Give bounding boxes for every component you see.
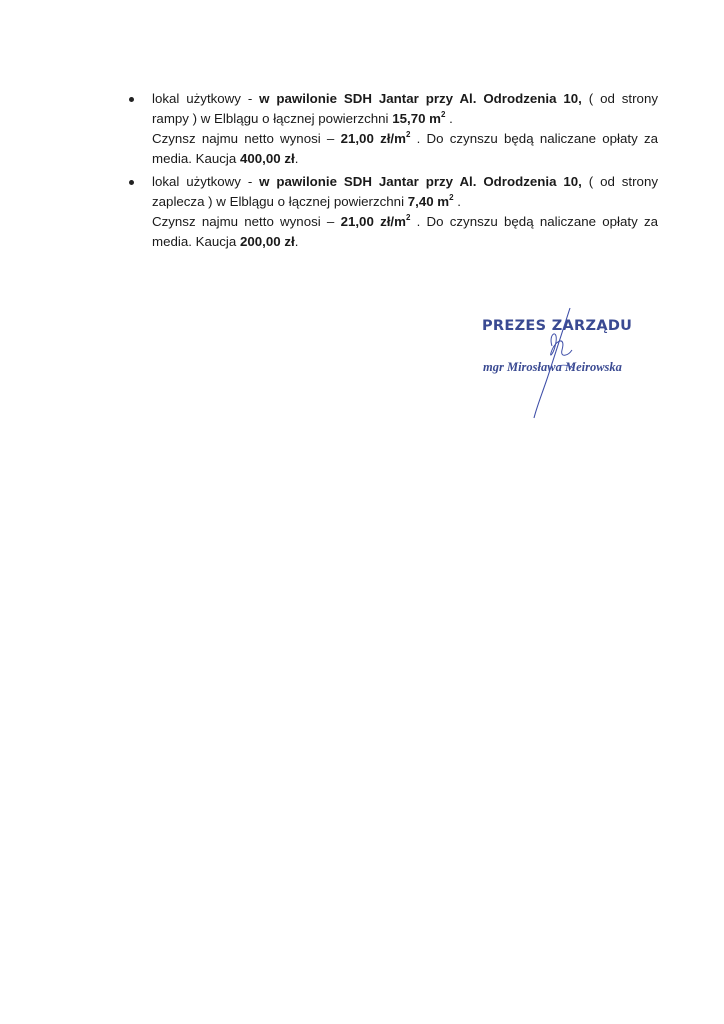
rental-offer-list: lokal użytkowy - w pawilonie SDH Jantar …	[128, 89, 658, 255]
item-line-deposit: media. Kaucja 400,00 zł.	[152, 149, 658, 169]
area-value: 7,40 m	[408, 194, 449, 209]
item-line-area: zaplecza ) w Elblągu o łącznej powierzch…	[152, 192, 658, 212]
item-line-location: lokal użytkowy - w pawilonie SDH Jantar …	[152, 89, 658, 109]
stamp-title: PREZES ZARZĄDU	[482, 318, 632, 334]
bullet-icon	[129, 180, 134, 185]
stamp-signatory-name: mgr Mirosława Meirowska	[483, 360, 622, 375]
rent-value: 21,00 zł/m	[341, 131, 406, 146]
deposit-value: 200,00 zł	[240, 234, 295, 249]
item-line-deposit: media. Kaucja 200,00 zł.	[152, 232, 658, 252]
area-value: 15,70 m	[392, 111, 441, 126]
item-line-rent: Czynsz najmu netto wynosi – 21,00 zł/m2 …	[152, 129, 658, 149]
signature-stamp: PREZES ZARZĄDU mgr Mirosława Meirowska	[482, 318, 662, 428]
rent-value: 21,00 zł/m	[341, 214, 406, 229]
item-line-rent: Czynsz najmu netto wynosi – 21,00 zł/m2 …	[152, 212, 658, 232]
item-line-location: lokal użytkowy - w pawilonie SDH Jantar …	[152, 172, 658, 192]
bullet-icon	[129, 97, 134, 102]
item-line-area: rampy ) w Elblągu o łącznej powierzchni …	[152, 109, 658, 129]
deposit-value: 400,00 zł	[240, 151, 295, 166]
document-page: lokal użytkowy - w pawilonie SDH Jantar …	[0, 0, 724, 1024]
list-item: lokal użytkowy - w pawilonie SDH Jantar …	[128, 172, 658, 252]
list-item: lokal użytkowy - w pawilonie SDH Jantar …	[128, 89, 658, 169]
